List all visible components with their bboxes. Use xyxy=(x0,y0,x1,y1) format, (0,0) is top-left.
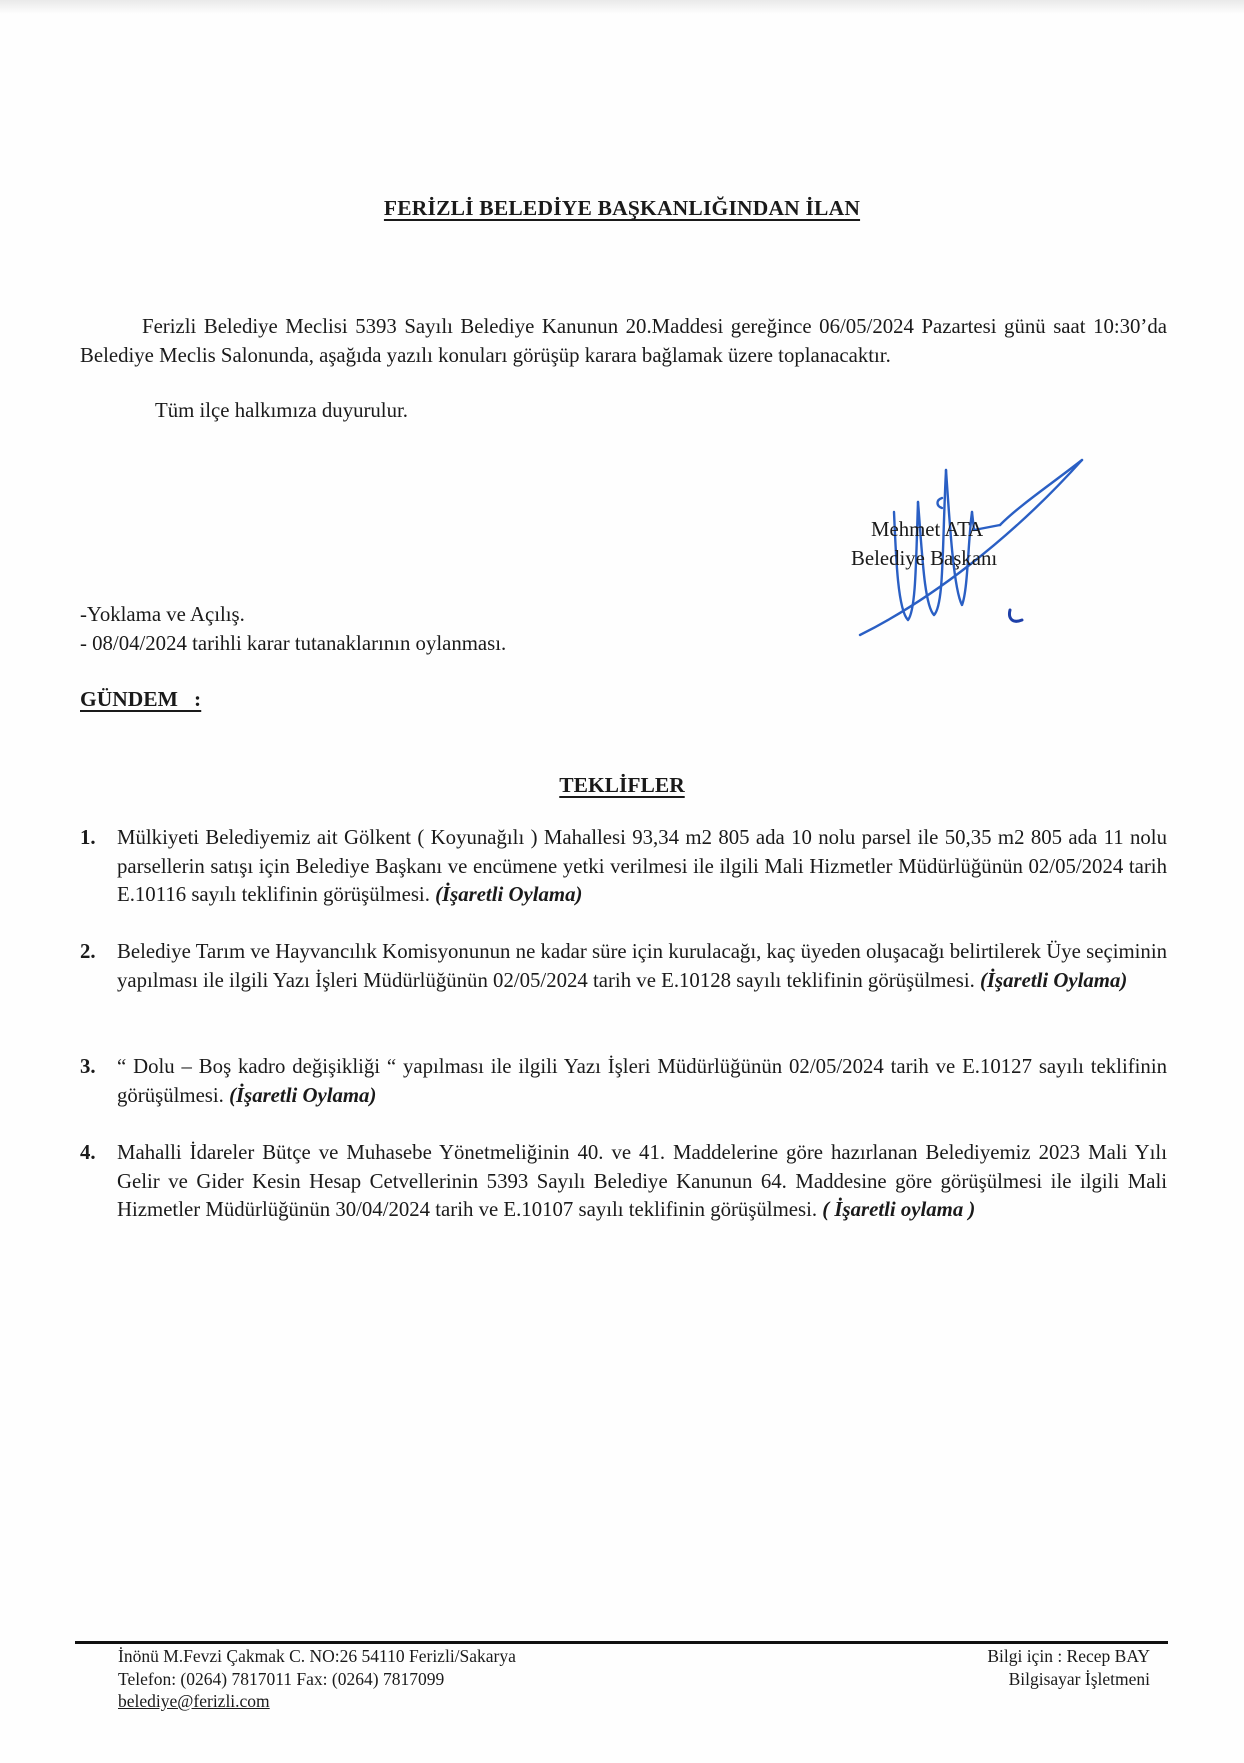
proposal-item: 1. Mülkiyeti Belediyemiz ait Gölkent ( K… xyxy=(80,824,1167,910)
proposal-number: 2. xyxy=(80,938,96,967)
proposal-text-block: “ Dolu – Boş kadro değişikliği “ yapılma… xyxy=(117,1053,1167,1110)
proposal-item: 2. Belediye Tarım ve Hayvancılık Komisyo… xyxy=(80,938,1167,995)
proposal-text: Mahalli İdareler Bütçe ve Muhasebe Yönet… xyxy=(117,1141,1167,1221)
vote-type: (İşaretli Oylama) xyxy=(980,969,1127,992)
proposal-number: 4. xyxy=(80,1139,96,1168)
signatory-name: Mehmet ATA xyxy=(871,515,997,544)
preliminary-item: -Yoklama ve Açılış. xyxy=(80,603,245,627)
proposals-heading: TEKLİFLER xyxy=(0,773,1244,798)
announcement-text: Tüm ilçe halkımıza duyurulur. xyxy=(155,399,408,423)
vote-type: ( İşaretli oylama ) xyxy=(822,1198,975,1221)
footer-divider xyxy=(75,1641,1168,1644)
intro-paragraph: Ferizli Belediye Meclisi 5393 Sayılı Bel… xyxy=(80,312,1167,370)
agenda-heading: GÜNDEM : xyxy=(80,687,201,712)
proposal-item: 4. Mahalli İdareler Bütçe ve Muhasebe Yö… xyxy=(80,1139,1167,1225)
footer-info-role: Bilgisayar İşletmeni xyxy=(987,1668,1150,1691)
proposal-number: 1. xyxy=(80,824,96,853)
scan-edge-shade xyxy=(0,0,1244,14)
signatory-role: Belediye Başkanı xyxy=(851,544,997,573)
proposal-text-block: Belediye Tarım ve Hayvancılık Komisyonun… xyxy=(117,938,1167,995)
document-title: FERİZLİ BELEDİYE BAŞKANLIĞINDAN İLAN xyxy=(0,196,1244,221)
footer-contact: İnönü M.Fevzi Çakmak C. NO:26 54110 Feri… xyxy=(118,1645,516,1713)
proposal-text-block: Mahalli İdareler Bütçe ve Muhasebe Yönet… xyxy=(117,1139,1167,1225)
proposal-text: Mülkiyeti Belediyemiz ait Gölkent ( Koyu… xyxy=(117,826,1167,906)
footer-email-link[interactable]: belediye@ferizli.com xyxy=(118,1690,516,1713)
proposal-text-block: Mülkiyeti Belediyemiz ait Gölkent ( Koyu… xyxy=(117,824,1167,910)
footer-info-contact: Bilgi için : Recep BAY xyxy=(987,1645,1150,1668)
preliminary-item: - 08/04/2024 tarihli karar tutanaklarını… xyxy=(80,632,506,656)
signatory-block: Mehmet ATA Belediye Başkanı xyxy=(871,515,997,573)
footer-phone-fax: Telefon: (0264) 7817011 Fax: (0264) 7817… xyxy=(118,1668,516,1691)
proposal-number: 3. xyxy=(80,1053,96,1082)
document-page: FERİZLİ BELEDİYE BAŞKANLIĞINDAN İLAN Fer… xyxy=(0,0,1244,1763)
footer-info: Bilgi için : Recep BAY Bilgisayar İşletm… xyxy=(987,1645,1150,1690)
vote-type: (İşaretli Oylama) xyxy=(229,1084,376,1107)
vote-type: (İşaretli Oylama) xyxy=(435,883,582,906)
footer-address: İnönü M.Fevzi Çakmak C. NO:26 54110 Feri… xyxy=(118,1645,516,1668)
proposal-item: 3. “ Dolu – Boş kadro değişikliği “ yapı… xyxy=(80,1053,1167,1110)
